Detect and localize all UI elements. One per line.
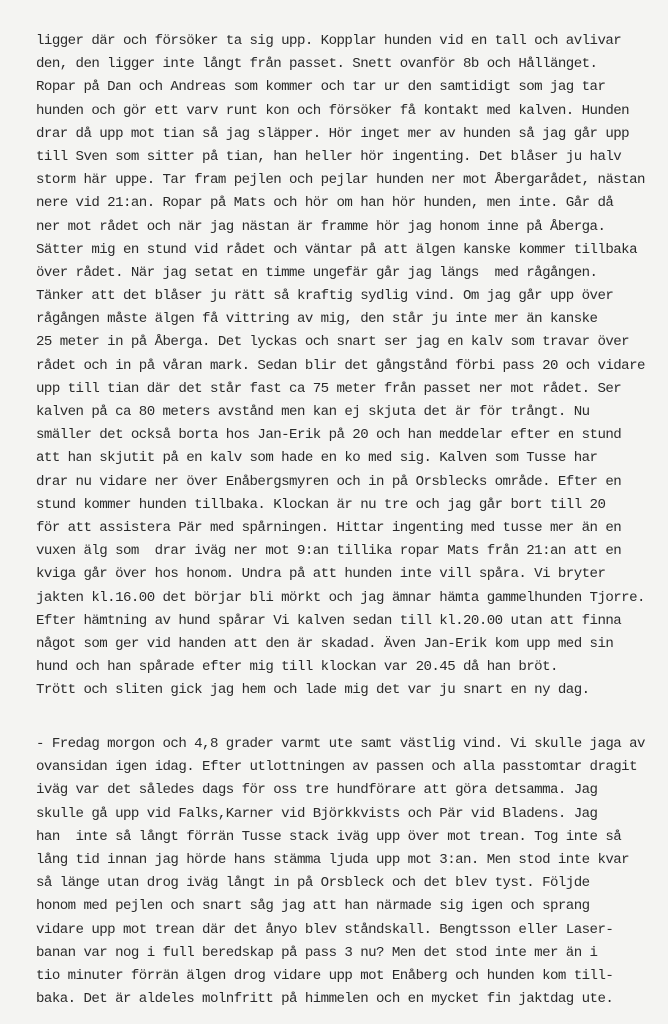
text-line: upp till tian där det står fast ca 75 me… [36,378,645,401]
text-line: rådet och in på våran mark. Sedan blir d… [36,355,645,378]
text-line: ner mot rådet och när jag nästan är fram… [36,216,645,239]
text-line: något som ger vid handen att den är skad… [36,633,645,656]
text-line: den, den ligger inte långt från passet. … [36,53,645,76]
text-line: smäller det också borta hos Jan-Erik på … [36,424,645,447]
paragraph-1: ligger där och försöker ta sig upp. Kopp… [36,30,645,702]
text-line: honom med pejlen och snart såg jag att h… [36,895,645,918]
text-line: nere vid 21:an. Ropar på Mats och hör om… [36,192,645,215]
text-line: 25 meter in på Åberga. Det lyckas och sn… [36,331,645,354]
text-line: skulle gå upp vid Falks,Karner vid Björk… [36,803,645,826]
text-line: ovansidan igen idag. Efter utlottningen … [36,756,645,779]
text-line: Ropar på Dan och Andreas som kommer och … [36,76,645,99]
text-line: han inte så långt förrän Tusse stack ivä… [36,826,645,849]
text-line: stund kommer hunden tillbaka. Klockan är… [36,494,645,517]
text-line: drar då upp mot tian så jag släpper. Hör… [36,123,645,146]
paragraph-2: - Fredag morgon och 4,8 grader varmt ute… [36,733,645,1011]
text-line: så länge utan drog iväg långt in på Orsb… [36,872,645,895]
typewritten-page: ligger där och försöker ta sig upp. Kopp… [0,0,668,1024]
text-line: vidare upp mot trean där det ånyo blev s… [36,919,645,942]
text-line: vuxen älg som drar iväg ner mot 9:an til… [36,540,645,563]
text-line: drar nu vidare ner över Enåbergsmyren oc… [36,471,645,494]
text-line: till Sven som sitter på tian, han heller… [36,146,645,169]
text-line: Tänker att det blåser ju rätt så kraftig… [36,285,645,308]
text-line: att han skjutit på en kalv som hade en k… [36,447,645,470]
text-line: kviga går över hos honom. Undra på att h… [36,563,645,586]
text-line: tio minuter förrän älgen drog vidare upp… [36,965,645,988]
text-line: Sätter mig en stund vid rådet och väntar… [36,239,645,262]
text-line: storm här uppe. Tar fram pejlen och pejl… [36,169,645,192]
text-line: banan var nog i full beredskap på pass 3… [36,942,645,965]
text-line: hund och han spårade efter mig till kloc… [36,656,645,679]
text-line: hunden och gör ett varv runt kon och för… [36,100,645,123]
text-line: ligger där och försöker ta sig upp. Kopp… [36,30,645,53]
text-line: över rådet. När jag setat en timme ungef… [36,262,645,285]
text-line: Efter hämtning av hund spårar Vi kalven … [36,610,645,633]
text-line: baka. Det är aldeles molnfritt på himmel… [36,988,645,1011]
text-line: rågången måste älgen få vittring av mig,… [36,308,645,331]
text-line: lång tid innan jag hörde hans stämma lju… [36,849,645,872]
text-line: Trött och sliten gick jag hem och lade m… [36,679,645,702]
text-line: iväg var det således dags för oss tre hu… [36,779,645,802]
text-line: för att assistera Pär med spårningen. Hi… [36,517,645,540]
text-line: jakten kl.16.00 det börjar bli mörkt och… [36,587,645,610]
text-line: kalven på ca 80 meters avstånd men kan e… [36,401,645,424]
text-line: - Fredag morgon och 4,8 grader varmt ute… [36,733,645,756]
